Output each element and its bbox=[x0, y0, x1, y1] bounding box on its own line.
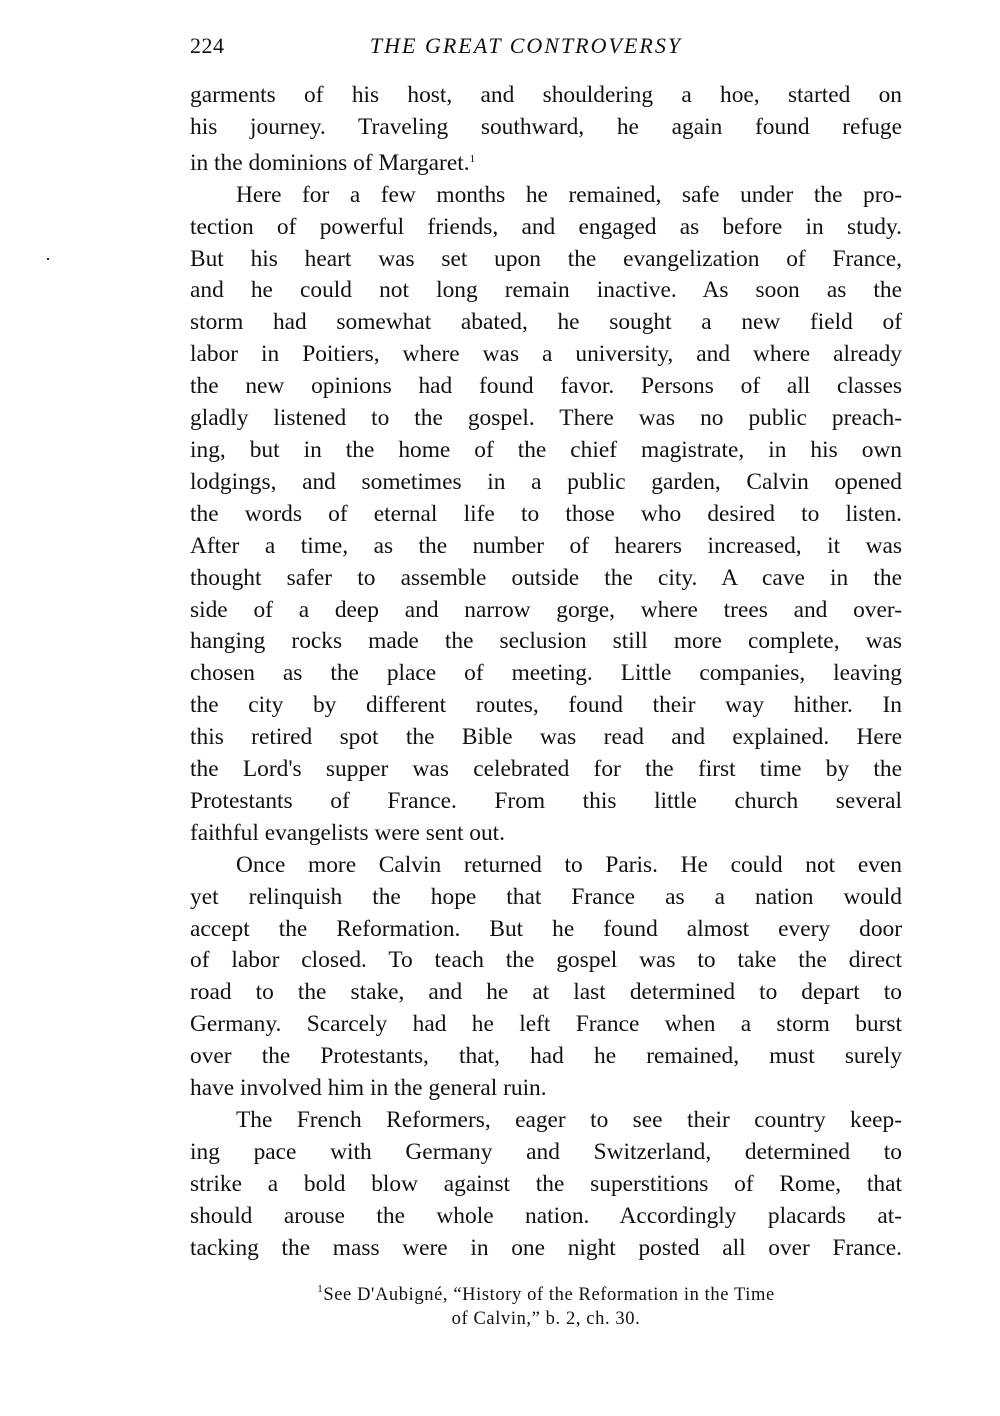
text-line: the words of eternal life to those who d… bbox=[190, 499, 902, 531]
paragraph-2: Here for a few months he remained, safe … bbox=[190, 180, 902, 850]
text-line: tacking the mass were in one night poste… bbox=[190, 1233, 902, 1265]
text-line: Germany. Scarcely had he left France whe… bbox=[190, 1009, 902, 1041]
text-line: the city by different routes, found thei… bbox=[190, 690, 902, 722]
text-line: the new opinions had found favor. Person… bbox=[190, 371, 902, 403]
text-line: After a time, as the number of hearers i… bbox=[190, 531, 902, 563]
text-line: accept the Reformation. But he found alm… bbox=[190, 914, 902, 946]
text-line: of labor closed. To teach the gospel was… bbox=[190, 945, 902, 977]
text-line: his journey. Traveling southward, he aga… bbox=[190, 112, 902, 144]
scan-speck bbox=[47, 258, 49, 260]
paragraph-3: Once more Calvin returned to Paris. He c… bbox=[190, 850, 902, 1105]
text-line: yet relinquish the hope that France as a… bbox=[190, 882, 902, 914]
text-line: The French Reformers, eager to see their… bbox=[190, 1105, 902, 1137]
text-line: side of a deep and narrow gorge, where t… bbox=[190, 595, 902, 627]
text-line: road to the stake, and he at last determ… bbox=[190, 977, 902, 1009]
text-line: over the Protestants, that, had he remai… bbox=[190, 1041, 902, 1073]
text-line: tection of powerful friends, and engaged… bbox=[190, 212, 902, 244]
text-line: Protestants of France. From this little … bbox=[190, 786, 902, 818]
text-line: Here for a few months he remained, safe … bbox=[190, 180, 902, 212]
text-line-content: in the dominions of Margaret. bbox=[190, 150, 470, 176]
text-line: gladly listened to the gospel. There was… bbox=[190, 403, 902, 435]
text-line: ing pace with Germany and Switzerland, d… bbox=[190, 1137, 902, 1169]
text-line: garments of his host, and shouldering a … bbox=[190, 80, 902, 112]
text-line: chosen as the place of meeting. Little c… bbox=[190, 658, 902, 690]
footnote-text: See D'Aubigné, “History of the Reformati… bbox=[323, 1285, 774, 1305]
text-line: thought safer to assemble outside the ci… bbox=[190, 563, 902, 595]
body-text: garments of his host, and shouldering a … bbox=[190, 80, 902, 1265]
text-line: should arouse the whole nation. Accordin… bbox=[190, 1201, 902, 1233]
running-head: 224 THE GREAT CONTROVERSY bbox=[190, 28, 902, 64]
text-line: the Lord's supper was celebrated for the… bbox=[190, 754, 902, 786]
text-line: But his heart was set upon the evangeliz… bbox=[190, 244, 902, 276]
book-page: 224 THE GREAT CONTROVERSY garments of hi… bbox=[190, 28, 902, 1331]
text-line: ing, but in the home of the chief magist… bbox=[190, 435, 902, 467]
text-line: in the dominions of Margaret.1 bbox=[190, 144, 902, 180]
text-line: faithful evangelists were sent out. bbox=[190, 818, 902, 850]
text-line: this retired spot the Bible was read and… bbox=[190, 722, 902, 754]
footnote: 1See D'Aubigné, “History of the Reformat… bbox=[190, 1277, 902, 1331]
paragraph-1: garments of his host, and shouldering a … bbox=[190, 80, 902, 180]
text-line: have involved him in the general ruin. bbox=[190, 1073, 902, 1105]
text-line: Once more Calvin returned to Paris. He c… bbox=[190, 850, 902, 882]
footnote-line-1: 1See D'Aubigné, “History of the Reformat… bbox=[190, 1277, 902, 1307]
text-line: hanging rocks made the seclusion still m… bbox=[190, 626, 902, 658]
text-line: labor in Poitiers, where was a universit… bbox=[190, 339, 902, 371]
footnote-line-2: of Calvin,” b. 2, ch. 30. bbox=[190, 1307, 902, 1331]
text-line: strike a bold blow against the superstit… bbox=[190, 1169, 902, 1201]
running-title: THE GREAT CONTROVERSY bbox=[190, 28, 902, 64]
footnote-marker: 1 bbox=[470, 153, 476, 165]
text-line: and he could not long remain inactive. A… bbox=[190, 275, 902, 307]
text-line: storm had somewhat abated, he sought a n… bbox=[190, 307, 902, 339]
paragraph-4: The French Reformers, eager to see their… bbox=[190, 1105, 902, 1265]
text-line: lodgings, and sometimes in a public gard… bbox=[190, 467, 902, 499]
